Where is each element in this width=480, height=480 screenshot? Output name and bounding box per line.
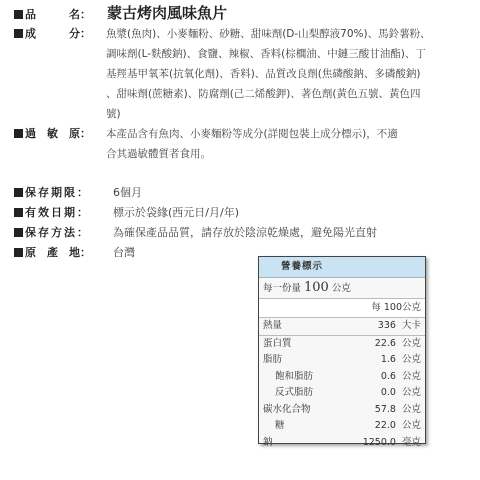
ingredients-line: 魚漿(魚肉)、小麥麵粉、砂糖、甜味劑(D-山梨醇液70%)、馬鈴薯粉、: [106, 25, 431, 44]
ingredients-row: 成 分：: [14, 25, 107, 43]
nutrient-value: 22.6: [375, 338, 396, 349]
bullet-square-icon: [14, 29, 23, 38]
nutrient-unit: 公克: [402, 338, 421, 349]
expiry-row: 有效日期：標示於袋緣(西元日/月/年): [14, 204, 239, 222]
nutrient-value: 1250.0: [363, 437, 396, 448]
nutrient-row-fat: 脂肪 1.6 公克: [259, 352, 425, 369]
shelf-life-value: 6個月: [113, 184, 142, 202]
allergen-line: 合其過敏體質者食用。: [106, 145, 211, 164]
nutrient-value: 336: [378, 320, 396, 331]
nutrient-row-sodium: 鈉 1250.0 毫克: [259, 435, 425, 452]
product-name-label: 品 名：: [25, 6, 107, 24]
nutrient-value: 0.6: [381, 371, 396, 382]
nutrient-row-carbohydrate: 碳水化合物 57.8 公克: [259, 402, 425, 419]
nutrient-unit: 公克: [402, 420, 421, 431]
nutrient-name: 熱量: [263, 320, 282, 331]
bullet-square-icon: [14, 129, 23, 138]
bullet-square-icon: [14, 10, 23, 19]
product-name-row: 品 名：蒙古烤肉風味魚片: [14, 4, 227, 24]
nutrient-value: 22.0: [375, 420, 396, 431]
nutrient-value: 1.6: [381, 354, 396, 365]
expiry-value: 標示於袋緣(西元日/月/年): [113, 204, 239, 222]
nutrition-facts-table: 營養標示 每一份量100公克 每 100公克 熱量 336 大卡 蛋白質 22.…: [258, 256, 426, 444]
per-100g-header: 每 100公克: [259, 299, 425, 318]
nutrient-row-energy: 熱量 336 大卡: [259, 318, 425, 336]
serving-unit: 公克: [332, 283, 351, 294]
nutrient-unit: 公克: [402, 371, 421, 382]
nutrient-unit: 公克: [402, 354, 421, 365]
nutrient-name: 糖: [275, 420, 285, 431]
bullet-square-icon: [14, 228, 23, 237]
serving-amount: 100: [304, 280, 329, 295]
nutrient-name: 飽和脂肪: [275, 371, 313, 382]
product-name: 蒙古烤肉風味魚片: [107, 4, 227, 22]
storage-value: 為確保產品品質，請存放於陰涼乾燥處，避免陽光直射: [113, 224, 377, 242]
nutrient-name: 蛋白質: [263, 338, 292, 349]
nutrient-row-sugar: 糖 22.0 公克: [259, 418, 425, 435]
nutrient-unit: 公克: [402, 387, 421, 398]
origin-value: 台灣: [113, 244, 135, 262]
nutrient-unit: 大卡: [402, 320, 421, 331]
nutrient-value: 0.0: [381, 387, 396, 398]
storage-label: 保存方法：: [25, 224, 113, 242]
ingredients-label: 成 分：: [25, 25, 107, 43]
origin-label: 原 產 地：: [25, 244, 113, 262]
ingredients-line: 基羥基甲氧苯(抗氧化劑)、香料)、品質改良劑(焦磷酸鈉、多磷酸鈉): [106, 65, 420, 84]
nutrient-name: 碳水化合物: [263, 404, 311, 415]
nutrient-row-protein: 蛋白質 22.6 公克: [259, 336, 425, 353]
nutrient-name: 鈉: [263, 437, 273, 448]
origin-row: 原 產 地：台灣: [14, 244, 135, 262]
nutrient-value: 57.8: [375, 404, 396, 415]
bullet-square-icon: [14, 188, 23, 197]
serving-prefix: 每一份量: [263, 283, 301, 294]
ingredients-line: 調味劑(L-麩酸鈉)、食鹽、辣椒、香料(棕櫚油、中鏈三酸甘油酯)、丁: [106, 45, 426, 64]
storage-row: 保存方法：為確保產品品質，請存放於陰涼乾燥處，避免陽光直射: [14, 224, 377, 242]
allergen-label: 過 敏 原：: [25, 125, 107, 143]
bullet-square-icon: [14, 248, 23, 257]
nutrition-title: 營養標示: [259, 257, 425, 278]
nutrient-row-saturated-fat: 飽和脂肪 0.6 公克: [259, 369, 425, 386]
bullet-square-icon: [14, 208, 23, 217]
nutrient-row-trans-fat: 反式脂肪 0.0 公克: [259, 385, 425, 402]
ingredients-line: 、甜味劑(蔗糖素)、防腐劑(己二烯酸鉀)、著色劑(黃色五號、黃色四: [106, 85, 420, 104]
expiry-label: 有效日期：: [25, 204, 113, 222]
serving-size-row: 每一份量100公克: [259, 278, 425, 299]
nutrient-name: 反式脂肪: [275, 387, 313, 398]
shelf-life-row: 保存期限：6個月: [14, 184, 142, 202]
ingredients-line: 號): [106, 105, 121, 124]
allergen-line: 本產品含有魚肉、小麥麵粉等成分(詳閱包裝上成分標示)，不適: [106, 125, 398, 144]
nutrient-unit: 公克: [402, 404, 421, 415]
nutrient-unit: 毫克: [402, 437, 421, 448]
nutrient-name: 脂肪: [263, 354, 282, 365]
shelf-life-label: 保存期限：: [25, 184, 113, 202]
allergen-row: 過 敏 原：: [14, 125, 107, 143]
